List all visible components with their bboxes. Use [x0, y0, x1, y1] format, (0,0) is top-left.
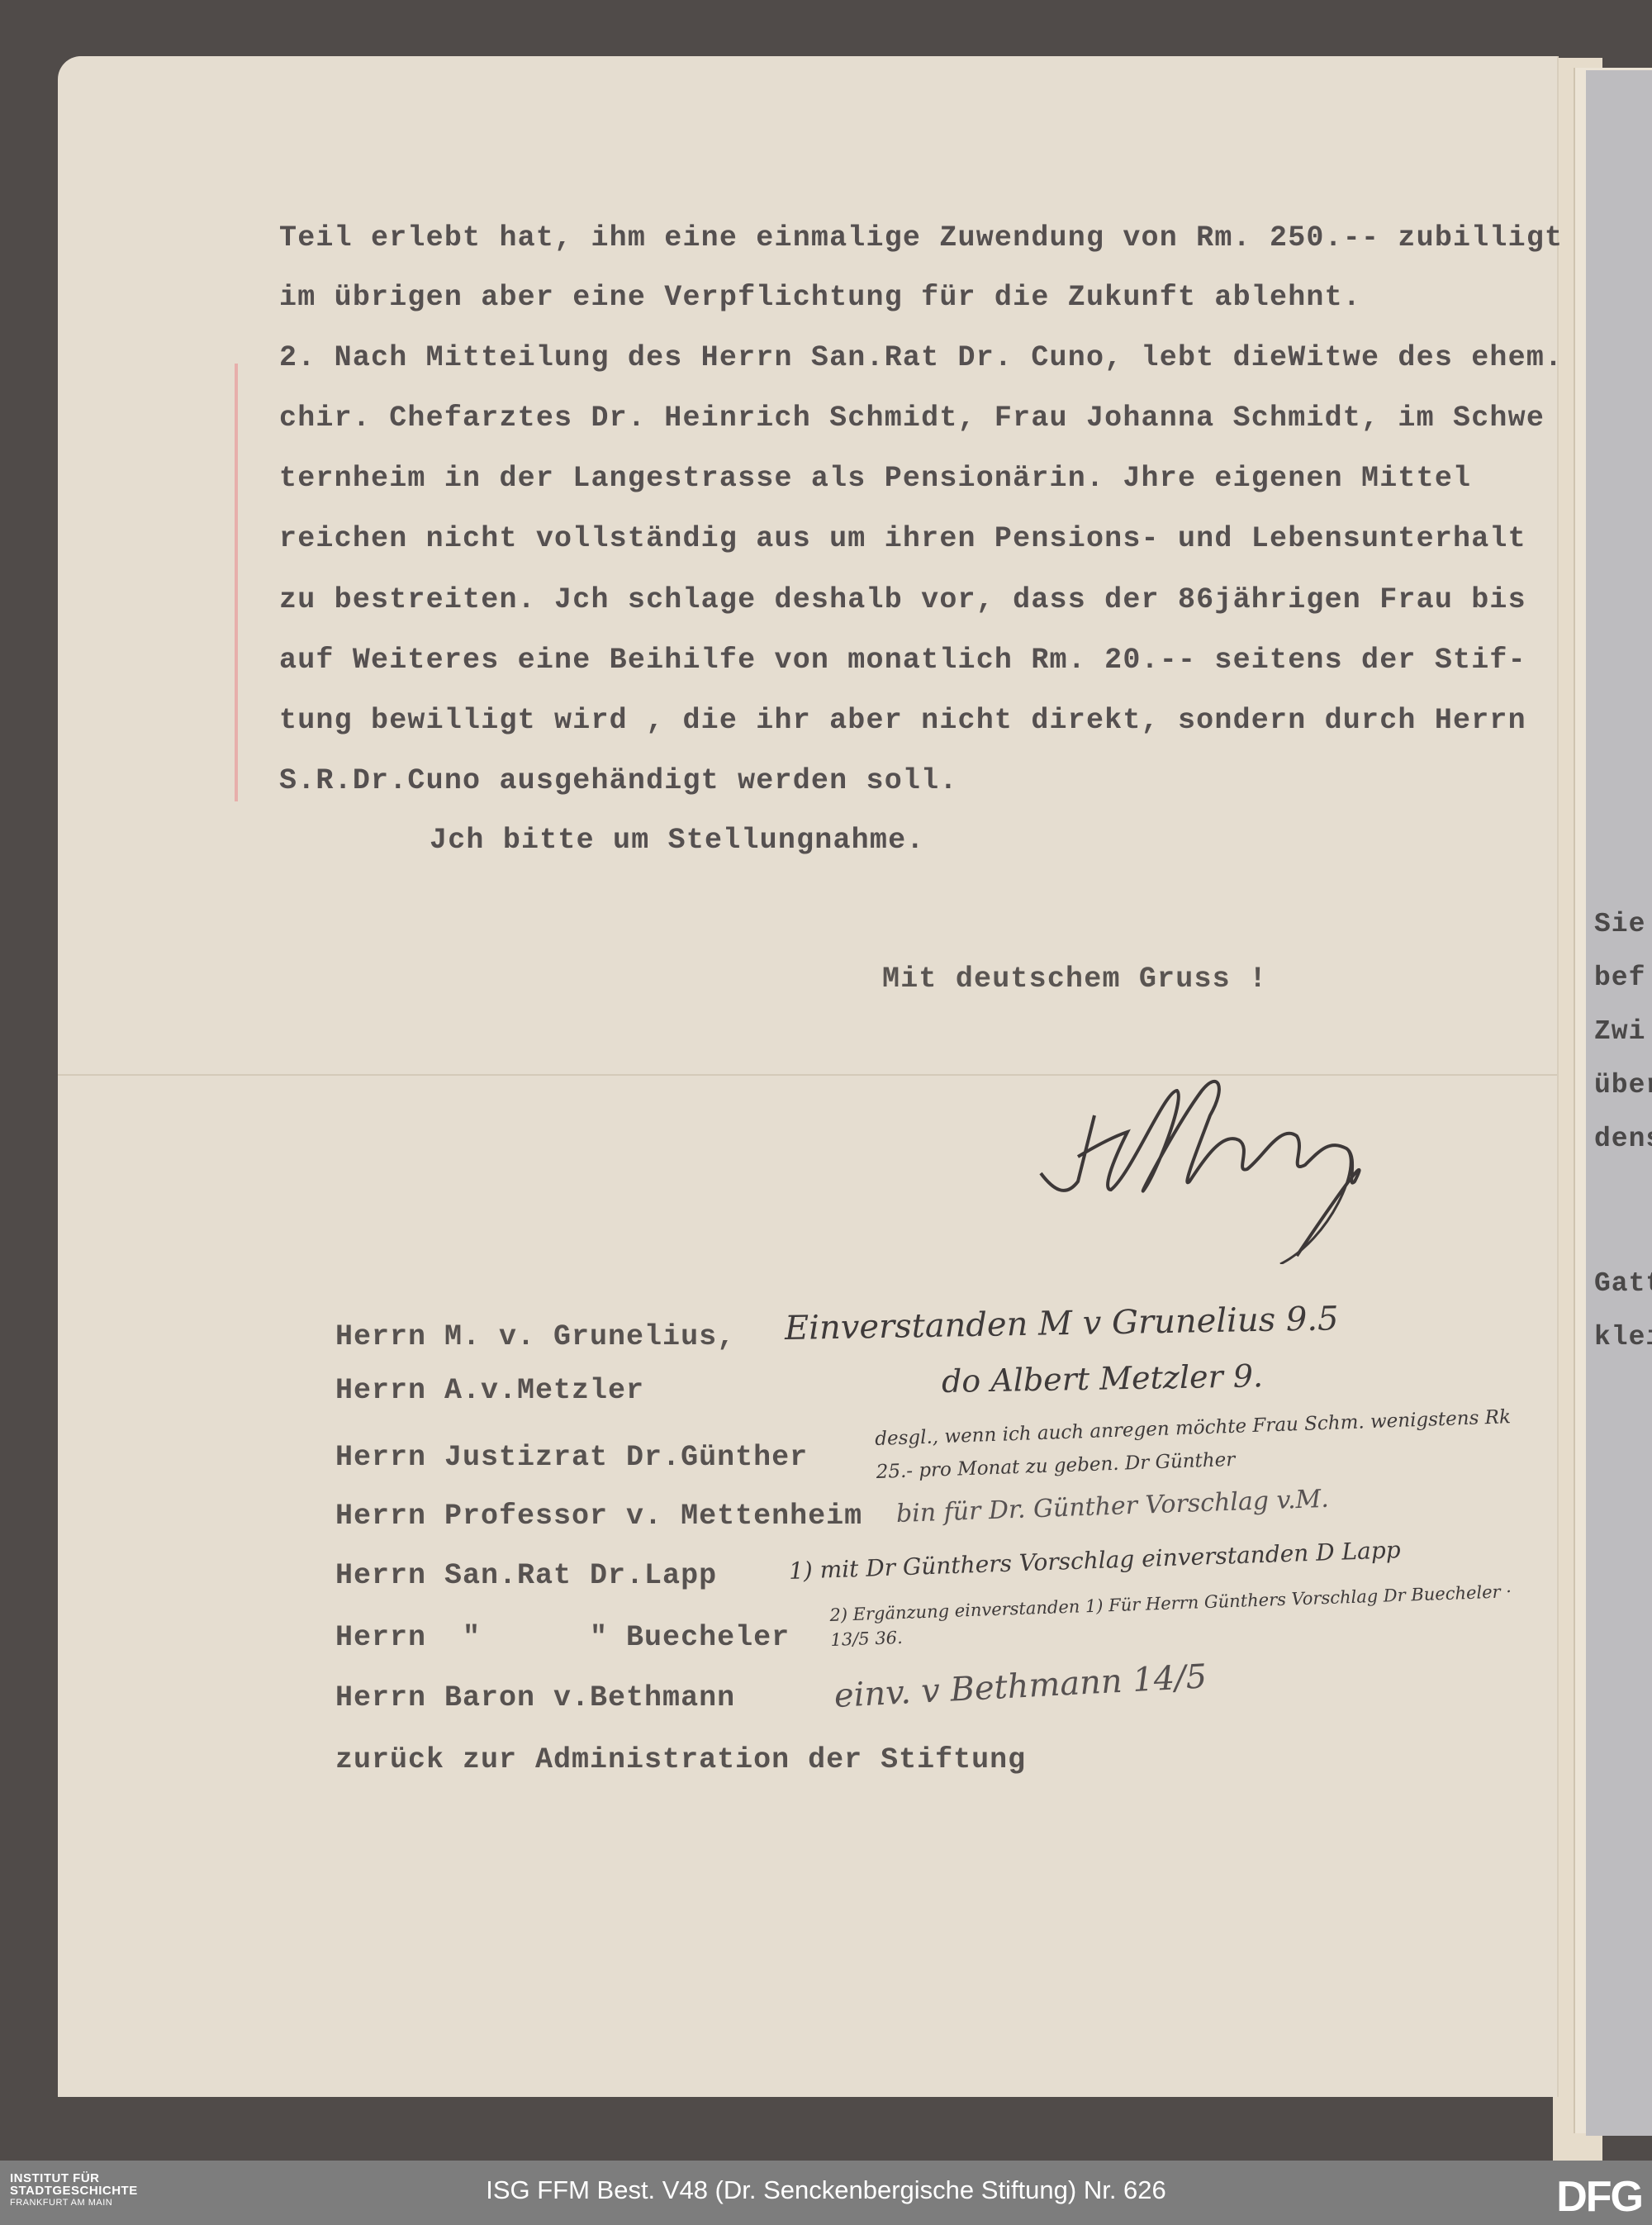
body-line: zu bestreiten. Jch schlage deshalb vor, …	[279, 583, 1526, 616]
closing-salutation: Mit deutschem Gruss !	[882, 963, 1267, 996]
archive-reference-title: ISG FFM Best. V48 (Dr. Senckenbergische …	[0, 2175, 1652, 2205]
handwritten-signature	[1032, 1066, 1536, 1264]
adjacent-page-fragment: Gatt	[1594, 1268, 1652, 1299]
body-line: Teil erlebt hat, ihm eine einmalige Zuwe…	[279, 221, 1563, 254]
body-line: tung bewilligt wird , die ihr aber nicht…	[279, 704, 1526, 737]
recipient-grunelius: Herrn M. v. Grunelius,	[335, 1320, 735, 1353]
adjacent-page-fragment: Sie	[1594, 909, 1645, 939]
adjacent-page-fragment: klei	[1594, 1322, 1652, 1353]
return-instruction: zurück zur Administration der Stiftung	[335, 1743, 1026, 1776]
recipient-mettenheim: Herrn Professor v. Mettenheim	[335, 1500, 862, 1533]
body-line: 2. Nach Mitteilung des Herrn San.Rat Dr.…	[279, 341, 1563, 374]
adjacent-tissue-page	[1586, 70, 1652, 2136]
red-margin-mark	[235, 364, 238, 801]
adjacent-page-fragment: Zwi	[1594, 1016, 1645, 1047]
body-line: chir. Chefarztes Dr. Heinrich Schmidt, F…	[279, 402, 1545, 435]
body-line: reichen nicht vollständig aus um ihren P…	[279, 522, 1526, 555]
adjacent-page-fragment: dens	[1594, 1124, 1652, 1154]
recipient-guenther: Herrn Justizrat Dr.Günther	[335, 1441, 808, 1474]
archive-footer: INSTITUT FÜR STADTGESCHICHTE FRANKFURT A…	[0, 2161, 1652, 2225]
recipient-bethmann: Herrn Baron v.Bethmann	[335, 1681, 735, 1714]
recipient-lapp: Herrn San.Rat Dr.Lapp	[335, 1559, 717, 1592]
body-line: ternheim in der Langestrasse als Pension…	[279, 462, 1471, 495]
body-line: im übrigen aber eine Verpflichtung für d…	[279, 281, 1361, 314]
recipient-metzler: Herrn A.v.Metzler	[335, 1374, 644, 1407]
request-line: Jch bitte um Stellungnahme.	[430, 824, 925, 857]
body-line: auf Weiteres eine Beihilfe von monatlich…	[279, 644, 1526, 677]
adjacent-page-fragment: bef	[1594, 963, 1645, 993]
dfg-logo: DFG	[1556, 2172, 1642, 2222]
handwritten-note-metzler: do Albert Metzler 9.	[942, 1357, 1264, 1400]
adjacent-page-fragment: über	[1594, 1070, 1652, 1101]
recipient-buecheler: Herrn " " Buecheler	[335, 1621, 790, 1654]
body-line: S.R.Dr.Cuno ausgehändigt werden soll.	[279, 764, 958, 797]
